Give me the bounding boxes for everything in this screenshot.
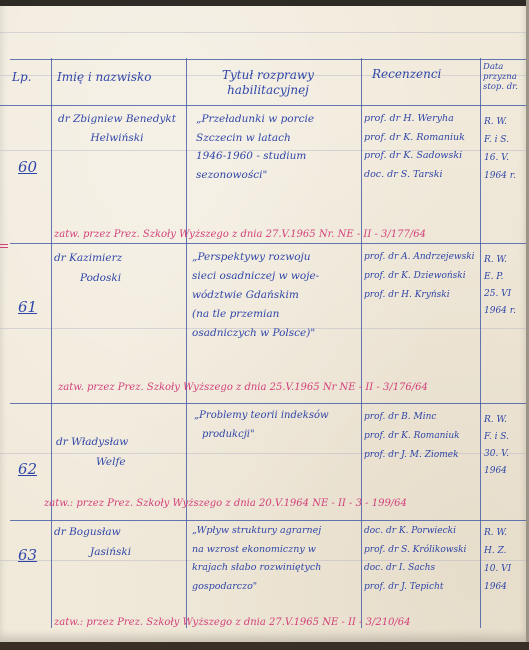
entry-reviewers: prof. dr B. Minc prof. dr K. Romaniuk pr… xyxy=(364,408,460,465)
approval-note: zatw. przez Prez. Szkoły Wyższego z dnia… xyxy=(54,229,426,240)
header-date-line: przyzna xyxy=(483,72,518,82)
entry-number: 61 xyxy=(18,298,37,316)
entry-number: 63 xyxy=(18,546,37,564)
margin-mark xyxy=(0,247,8,248)
entry-number: 62 xyxy=(18,460,37,478)
entry-number: 60 xyxy=(18,158,37,176)
header-date-line: Data xyxy=(483,62,518,72)
entry-reviewers: prof. dr H. Weryha prof. dr K. Romaniuk … xyxy=(364,110,465,184)
approval-note: zatw. przez Prez. Szkoły Wyższego z dnia… xyxy=(58,382,428,393)
entry-name: dr Władysław Welfe xyxy=(56,432,176,472)
entry-reviewers: doc. dr K. Porwiecki prof. dr S. Króliko… xyxy=(364,522,466,596)
print-rule xyxy=(0,32,526,33)
entry-name: dr Bogusław Jasiński xyxy=(54,522,184,562)
margin-mark xyxy=(0,244,8,245)
entry-date: R. W. F. i S. 30. V. 1964 xyxy=(484,412,509,480)
entry-date: R. W. E. P. 25. VI 1964 r. xyxy=(484,252,516,320)
header-date-line: stop. dr. xyxy=(483,82,518,92)
entry-title: „Perspektywy rozwoju sieci osadniczej w … xyxy=(192,248,319,343)
entry-name: dr Kazimierz Podoski xyxy=(54,248,174,288)
header-date: Data przyzna stop. dr. xyxy=(483,62,518,92)
entry-reviewers: prof. dr A. Andrzejewski prof. dr K. Dzi… xyxy=(364,248,475,305)
row-separator xyxy=(10,403,526,404)
approval-note: zatw.: przez Prez. Szkoły Wyższego z dni… xyxy=(44,498,407,509)
entry-date: R. W. F. i S. 16. V. 1964 r. xyxy=(484,113,516,185)
row-separator xyxy=(10,243,526,244)
entry-title: „Przeładunki w porcie Szczecin w latach … xyxy=(196,110,314,184)
approval-note: zatw.: przez Prez. Szkoły Wyższego z dni… xyxy=(54,617,411,628)
header-title: Tytuł rozprawy habilitacyjnej xyxy=(193,68,343,98)
binding-edge xyxy=(0,642,529,650)
table-top-rule xyxy=(10,59,526,60)
header-bottom-rule xyxy=(0,105,526,106)
header-lp: Lp. xyxy=(12,70,31,84)
entry-name: dr Zbigniew Benedykt Helwiński xyxy=(50,110,184,147)
entry-title: „Problemy teorii indeksów produkcji" xyxy=(194,406,329,444)
header-name: Imię i nazwisko xyxy=(57,70,152,84)
entry-title: „Wpływ struktury agrarnej na wzrost ekon… xyxy=(192,522,321,596)
header-reviewers: Recenzenci xyxy=(372,67,441,81)
column-rule xyxy=(480,58,481,628)
entry-date: R. W. H. Z. 10. VI 1964 xyxy=(484,524,511,596)
column-rule xyxy=(361,58,362,628)
column-rule xyxy=(186,58,187,628)
